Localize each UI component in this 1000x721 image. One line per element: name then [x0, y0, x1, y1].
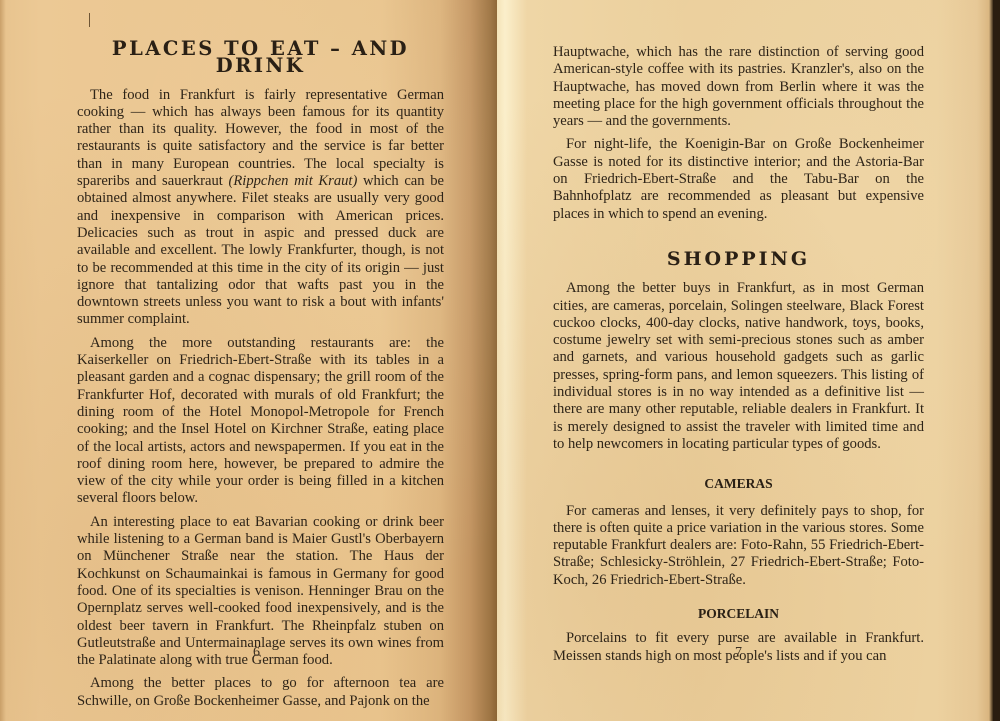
- paragraph-food-intro: The food in Frankfurt is fairly represen…: [77, 87, 444, 329]
- page-number-right: 7: [735, 645, 742, 661]
- italic-phrase: (Rippchen mit Kraut): [229, 173, 358, 189]
- right-page-text-column: Hauptwache, which has the rare distincti…: [553, 44, 924, 671]
- paragraph-hauptwache: Hauptwache, which has the rare distincti…: [553, 44, 924, 130]
- book-spread: PLACES TO EAT – AND DRINK The food in Fr…: [0, 0, 993, 721]
- page-number-left: 6: [253, 645, 260, 661]
- right-page: Hauptwache, which has the rare distincti…: [497, 0, 993, 721]
- paragraph-nightlife: For night-life, the Koenigin-Bar on Groß…: [553, 136, 924, 222]
- paragraph-restaurants: Among the more outstanding restaurants a…: [77, 335, 444, 508]
- paragraph-bavarian: An interesting place to eat Bavarian coo…: [77, 514, 444, 670]
- section-title-shopping: SHOPPING: [553, 251, 924, 268]
- subheading-porcelain: PORCELAIN: [553, 605, 924, 622]
- section-title-places-to-eat: PLACES TO EAT – AND DRINK: [77, 40, 444, 75]
- left-page: PLACES TO EAT – AND DRINK The food in Fr…: [0, 0, 497, 721]
- paragraph-shopping: Among the better buys in Frankfurt, as i…: [553, 280, 924, 453]
- paragraph-afternoon-tea: Among the better places to go for aftern…: [77, 675, 444, 710]
- paragraph-cameras: For cameras and lenses, it very definite…: [553, 503, 924, 589]
- left-page-text-column: PLACES TO EAT – AND DRINK The food in Fr…: [77, 40, 444, 716]
- pencil-mark: [89, 13, 90, 27]
- subheading-cameras: CAMERAS: [553, 475, 924, 492]
